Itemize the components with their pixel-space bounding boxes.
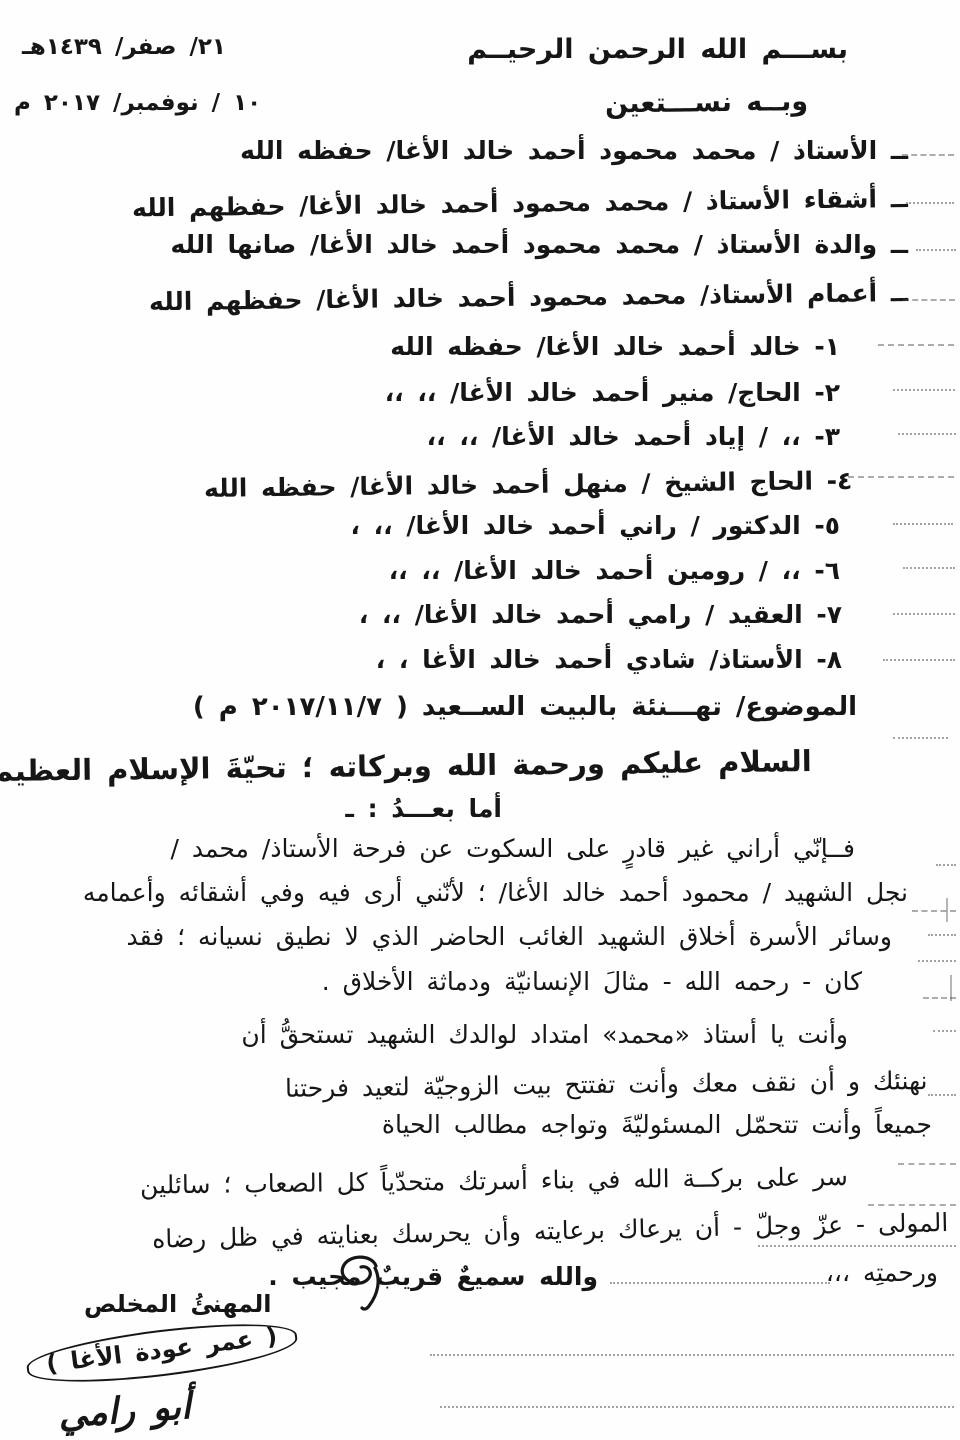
basmala: بســـم الله الرحمن الرحيــم — [467, 34, 848, 65]
list-item: ١- خالد أحمد خالد الأغا/ حفظه الله — [390, 332, 840, 361]
body-line: كان - رحمه الله - مثالَ الإنسانيّة ودماث… — [322, 967, 862, 996]
fold-mark — [950, 975, 952, 1001]
subject-line: الموضوع/ تهـــنئة بالبيت الســعيد ( ٢٠١٧… — [193, 692, 857, 722]
istiana-phrase: وبــه نســـتعين — [605, 86, 808, 119]
ruled-line-fragment — [440, 1406, 954, 1408]
end-flourish-mark — [328, 1250, 390, 1314]
fold-mark — [946, 898, 948, 922]
body-line: سر على بركــة الله في بناء أسرتك متحدّيا… — [140, 1162, 848, 1200]
amma-baad: أما بعـــدُ : ـ — [345, 794, 502, 823]
ruled-line-fragment — [610, 1282, 830, 1284]
recipient-line: ــ الأستاذ / محمد محمود أحمد خالد الأغا/… — [240, 136, 908, 165]
ruled-line-fragment — [912, 910, 956, 912]
closing-left: والله سميعٌ قريبٌ مجيب . — [268, 1262, 598, 1291]
signature-name: ( عمر عودة الأغا ) — [24, 1314, 300, 1393]
list-item: ٧- العقيد / رامي أحمد خالد الأغا/ ،، ، — [359, 600, 842, 629]
recipient-line: ــ والدة الأستاذ / محمد محمود أحمد خالد … — [170, 230, 908, 259]
ruled-line-fragment — [916, 249, 956, 251]
recipient-line: ــ أعمام الأستاذ/ محمد محمود أحمد خالد ا… — [149, 278, 908, 316]
ruled-line-fragment — [928, 1094, 956, 1096]
ruled-line-fragment — [928, 934, 956, 936]
body-line: جميعاً وأنت تتحمّل المسئوليّةَ وتواجه مط… — [382, 1110, 932, 1139]
scanned-letter-page: بســـم الله الرحمن الرحيــم وبــه نســـت… — [0, 0, 960, 1440]
signature-role: المهنئُ المخلص — [84, 1290, 271, 1318]
ruled-line-fragment — [848, 476, 954, 478]
ruled-line-fragment — [898, 1163, 956, 1165]
signature-kunya: أبو رامي — [57, 1386, 192, 1436]
list-item: ٦- ،، / رومين أحمد خالد الأغا/ ،، ،، — [389, 556, 840, 585]
ruled-line-fragment — [878, 344, 954, 346]
date-gregorian: ١٠ / نوفمبر/ ٢٠١٧ م — [14, 90, 261, 116]
ruled-line-fragment — [893, 523, 953, 525]
body-line: فــإنّي أراني غير قادرٍ على السكوت عن فر… — [170, 834, 855, 863]
date-hijri: ٢١/ صفر/ ١٤٣٩هـ — [22, 34, 226, 60]
list-item: ٤- الحاج الشيخ / منهل أحمد خالد الأغا/ ح… — [204, 466, 853, 503]
ruled-line-fragment — [893, 389, 955, 391]
recipient-line: ــ أشقاء الأستاذ / محمد محمود أحمد خالد … — [132, 184, 908, 222]
ruled-line-fragment — [933, 1030, 956, 1032]
ruled-line-fragment — [898, 433, 956, 435]
body-line: وسائر الأسرة أخلاق الشهيد الغائب الحاضر … — [126, 922, 892, 951]
ruled-line-fragment — [903, 299, 955, 301]
list-item: ٢- الحاج/ منير أحمد خالد الأغا/ ،، ،، — [385, 378, 840, 407]
list-item: ٥- الدكتور / راني أحمد خالد الأغا/ ،، ، — [350, 511, 840, 540]
list-item: ٨- الأستاذ/ شادي أحمد خالد الأغا ، ، — [376, 645, 842, 674]
closing-right: ورحمتِه ،،، — [826, 1258, 938, 1287]
ruled-line-fragment — [918, 960, 956, 962]
ruled-line-fragment — [893, 613, 955, 615]
body-line: وأنت يا أستاذ «محمد» امتداد لوالدك الشهي… — [241, 1020, 848, 1049]
ruled-line-fragment — [936, 864, 956, 866]
ruled-line-fragment — [758, 1245, 956, 1247]
ruled-line-fragment — [893, 737, 948, 739]
ruled-line-fragment — [906, 202, 954, 204]
greeting-line: السلام عليكم ورحمة الله وبركاته ؛ تحيّةَ… — [0, 744, 812, 788]
body-line: نهنئك و أن نقف معك وأنت تفتتح بيت الزوجي… — [285, 1066, 928, 1103]
ruled-line-fragment — [883, 659, 955, 661]
ruled-line-fragment — [902, 154, 954, 156]
ruled-line-fragment — [868, 1204, 956, 1206]
list-item: ٣- ،، / إياد أحمد خالد الأغا/ ،، ،، — [427, 422, 840, 451]
body-line: نجل الشهيد / محمود أحمد خالد الأغا/ ؛ لأ… — [83, 878, 908, 907]
ruled-line-fragment — [430, 1354, 954, 1356]
ruled-line-fragment — [903, 567, 955, 569]
